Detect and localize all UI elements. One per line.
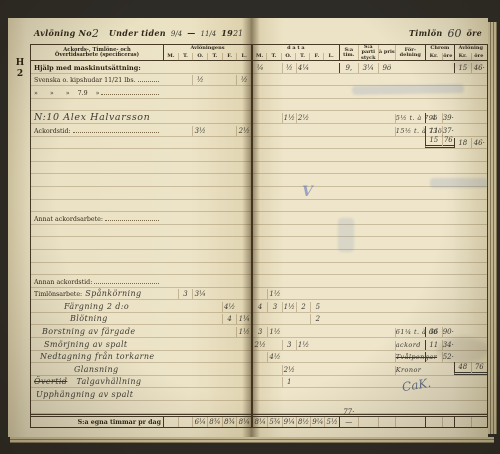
table-footer: 8¼5¾9¼8½9¼5½77·— [253,414,487,427]
day-col-header: O. [192,53,207,61]
ledger-cell: 15½ t. à 73ö [395,127,425,136]
table-row: 2 [253,313,487,326]
table-row: 431½25 [253,300,487,313]
row-label-cell [31,147,163,148]
row-label-cell: Hjälp med maskinutsättning: [31,64,163,73]
row-label-cell [31,235,163,236]
group-header-avloningens: Avlöningens [164,45,251,53]
ledger-cell [425,417,442,427]
dotted-leader [94,282,159,284]
ledger-cell: 9ö [378,63,395,73]
ledger-cell: 18 [454,138,471,148]
avloning-number: 2 [92,30,99,38]
table-row: 1½2½5½ t. à 79ö439· [253,111,487,124]
col-header-parti: S:a parti styck [358,45,378,61]
table-row: Svenska o. kipshudar 11/21 lbs.½½ [31,74,251,87]
ledger-cell: 90· [442,327,454,337]
row-label-cell: Timlönsarbete:Spånkörning [31,289,163,299]
dotted-leader [73,131,159,133]
row-label-cell [31,172,163,173]
row-label-cell [31,412,163,413]
ledger-cell [442,417,454,427]
group-header-data: d a t a [253,45,339,53]
ore-label: öre [466,28,482,38]
ledger-cell: 9, [339,63,358,73]
table-row: 31½61¼ t. à 603690· [253,325,487,338]
ledger-cell [358,417,378,427]
ledger-cell: 1½ [282,113,296,123]
table-row [31,200,251,213]
ledger-cell: 3¼ [358,63,378,73]
ledger-cell: 1 [282,377,296,387]
ledger-cell: 76 [471,362,487,375]
day-col-header: F. [222,53,237,61]
ledger-cell: 15 [425,135,442,148]
ledger-cell: 2 [296,302,310,312]
table-row [31,99,251,112]
table-footer: S:a egna timmar pr dag6¼8¾8¾8¼ [31,414,251,427]
row-label-cell: » » » 7.9 » [31,90,163,98]
money-group-title: Avlöning [455,45,487,53]
table-row: N:10 Alex Halvarsson [31,111,251,124]
day-col-header: F. [309,53,323,61]
ledger-book-photo: Avlöning No 2 Under tiden 9/4 — 11/4 19 … [0,0,500,454]
table-row: Smörjning av spalt [31,338,251,351]
col-header-satim: S:a tim. [339,45,358,61]
table-row [253,225,487,238]
table-row [31,149,251,162]
blue-check-mark: V [302,184,313,200]
row-label-cell [31,248,163,249]
row-label: Borstning av färgade [42,327,136,336]
table-row [253,250,487,263]
ledger-cell: 4 [222,314,237,324]
table-row [31,162,251,175]
row-label-cell: Annan ackordstid: [31,279,163,287]
pencil-smudge [437,337,489,363]
day-group: d a t aM.T.O.T.F.L. [253,45,339,61]
date-to: 11/4 [201,30,217,38]
day-col-header: T. [207,53,222,61]
ledger-cell: 2½ [282,365,296,375]
row-label-cell: Glansning [31,365,163,375]
table-row: ÖvertidTalgavhällning [31,376,251,389]
table-row: Hjälp med maskinutsättning: [31,61,251,74]
row-label: Upphängning av spalt [36,390,133,399]
row-label: Annan ackordstid: [34,279,92,286]
ledger-cell: 77·— [339,417,358,427]
ledger-cell: 3 [178,289,193,299]
ledger-cell: 3 [282,340,296,350]
ledger-cell: Tvålpengar [395,353,425,362]
date-dash: — [187,28,195,38]
right-ledger-table: d a t aM.T.O.T.F.L.S:a tim.S:a parti sty… [252,44,488,428]
table-row [31,225,251,238]
timlon-label: Timlön [409,28,442,38]
row-label-cell: Nedtagning från torkarne [31,352,163,362]
table-row [253,187,487,200]
table-row [31,250,251,263]
table-row [253,149,487,162]
year-handwritten: 21 [233,29,243,38]
ledger-cell: 2½ [253,340,267,350]
ledger-cell [378,417,395,427]
ledger-cell: 8¼ [236,417,251,427]
table-row: Färgning 2 d:o4½ [31,300,251,313]
day-header-row: M.T.O.T.F.L. [253,53,339,61]
row-label-cell [31,160,163,161]
ledger-cell: 36 [425,327,442,337]
table-row: Annat ackordsarbete: [31,212,251,225]
dotted-leader [138,80,159,82]
table-row: Nedtagning från torkarne [31,351,251,364]
ledger-cell: 4½ [222,302,237,312]
ledger-cell: 1½ [282,302,296,312]
day-col-header: M. [164,53,178,61]
ledger-cell: 2½ [236,126,251,136]
table-row [31,174,251,187]
ledger-cell: 1½ [296,340,310,350]
row-label-cell [31,185,163,186]
ledger-cell [178,417,193,427]
day-col-header: T. [295,53,309,61]
calc-note: Kronor [396,366,421,375]
ledger-cell [395,417,425,427]
row-label: Nedtagning från torkarne [40,352,155,361]
ledger-cell: 61¼ t. à 60 [395,328,425,337]
worker-name: N:10 Alex Halvarsson [34,113,150,122]
col-header-fordelning: För- delning [395,45,425,61]
ledger-cell: 4¼ [296,63,310,73]
footer-label: S:a egna timmar pr dag [31,417,163,427]
day-col-header: M. [253,53,266,61]
chrom-group: ChromKr.öre [425,45,454,61]
row-label-cell: N:10 Alex Halvarsson [31,113,163,123]
ledger-cell: 76 [442,135,454,148]
ledger-cell: 5 [310,302,324,312]
row-label-cell: Upphängning av spalt [31,390,163,400]
row-label: » » » 7.9 » [34,90,99,97]
ore-header: öre [442,53,453,61]
table-row [253,162,487,175]
table-row: 1½ [253,288,487,301]
table-row [253,388,487,401]
table-row [253,401,487,414]
ledger-cell: 1½ [236,327,251,337]
row-label: Hjälp med maskinutsättning: [34,64,141,72]
column-header-work: Ackords-, Timlöne- ochÖvertidsarbete (sp… [31,45,163,61]
table-row [31,237,251,250]
day-col-header: L. [236,53,251,61]
ledger-cell: 2 [310,314,324,324]
ledger-cell: 3½ [192,126,207,136]
table-row [31,263,251,276]
table-row [253,263,487,276]
row-label-cell [31,273,163,274]
ledger-cell: 3¼ [192,289,207,299]
right-page-header: Timlön 60 öre [409,22,482,38]
ledger-cell: 2½ [296,113,310,123]
margin-mark: H 2 [14,58,26,80]
ledger-cell: 4½ [267,352,281,362]
ledger-cell: 1¼ [236,314,251,324]
ledger-cell [163,417,178,427]
day-group: AvlöningensM.T.O.T.F.L. [163,45,251,61]
row-label-cell [31,109,163,110]
row-label-cell: ÖvertidTalgavhällning [31,377,163,387]
table-row: Ackordstid:3½2½ [31,124,251,137]
ledger-cell: 5½ t. à 79ö [395,114,425,123]
row-label-cell [31,198,163,199]
ledger-cell: 37· [442,126,454,136]
row-label: Glansning [74,365,119,374]
table-row [253,237,487,250]
table-row: 2½Kronor4876 [253,363,487,376]
table-header: d a t aM.T.O.T.F.L.S:a tim.S:a parti sty… [253,45,487,61]
ledger-cell: 39· [442,113,454,123]
date-from: 9/4 [171,30,182,38]
table-row: 1 [253,376,487,389]
page-stack-edge [488,22,497,434]
day-col-header: T. [266,53,280,61]
kr-header: Kr. [426,53,442,61]
money-group-title: Chrom [426,45,454,53]
calc-note: ackord [396,341,421,350]
row-label: Svenska o. kipshudar 11/21 lbs. [34,77,136,84]
ledger-cell: 8½ [296,417,310,427]
row-label: Smörjning av spalt [44,340,128,349]
row-label-cell: Svenska o. kipshudar 11/21 lbs. [31,77,163,85]
ledger-cell: 5½ [324,417,338,427]
blue-ink-smudge [430,178,488,188]
table-row [31,401,251,414]
ledger-cell: 4 [253,302,267,312]
left-ledger-table: Ackords-, Timlöne- ochÖvertidsarbete (sp… [30,44,252,428]
blue-ink-smudge [338,218,354,252]
ledger-cell: 3 [253,327,267,337]
table-row: Glansning [31,363,251,376]
footer-label-text: S:a egna timmar pr dag [78,419,161,426]
ledger-cell: ½ [192,75,207,85]
ledger-cell: Kronor [395,366,425,375]
row-label-cell: Borstning av färgade [31,327,163,337]
ledger-cell: 1½ [267,327,281,337]
task-name: Spånkörning [85,289,141,298]
avloning-label: Avlöning No [34,28,92,38]
table-row [253,99,487,112]
day-col-header: L. [323,53,337,61]
margin-mark-letter: H [14,58,26,69]
ledger-cell: ¼ [253,63,267,73]
row-label: Färgning 2 d:o [64,302,129,311]
kr-ore-row: Kr.öre [426,53,454,61]
row-label-cell [31,261,163,262]
struck-word: Övertid [34,377,67,386]
header-line: Övertidsarbete (specificeras) [55,53,139,58]
row-label-cell [31,210,163,211]
day-col-header: O. [281,53,295,61]
left-page-header: Avlöning No 2 Under tiden 9/4 — 11/4 19 … [34,22,243,38]
ledger-cell: 3 [267,302,281,312]
row-label-cell: Färgning 2 d:o [31,302,163,312]
ledger-cell [471,417,487,427]
day-col-header: T. [178,53,193,61]
row-label: Talgavhällning [76,377,141,386]
table-header: Ackords-, Timlöne- ochÖvertidsarbete (sp… [31,45,251,61]
table-row [253,212,487,225]
ledger-cell: ackord [395,341,425,350]
col-header-apris: à pris [378,45,395,61]
ledger-cell: 8¾ [222,417,237,427]
under-tiden-label: Under tiden [109,28,166,38]
margin-mark-number: 2 [14,69,26,80]
ledger-cell: 4 [425,113,442,123]
ledger-cell: 9¼ [282,417,296,427]
ledger-cell: 8¾ [207,417,222,427]
dotted-leader [105,219,159,221]
year-printed: 19 [221,28,233,38]
row-label: Blötning [70,314,108,323]
row-label: Ackordstid: [34,128,71,135]
page-stack-edge [10,437,494,443]
timlon-value: 60 [447,30,461,38]
ledger-cell: ½ [282,63,296,73]
table-row: Annan ackordstid: [31,275,251,288]
row-label-cell: Ackordstid: [31,128,163,136]
pencil-smudge [452,58,482,70]
row-label-cell: Annat ackordsarbete: [31,216,163,224]
day-header-row: M.T.O.T.F.L. [164,53,251,61]
table-row: 15761846· [253,137,487,150]
table-row: Borstning av färgade1½ [31,325,251,338]
ledger-cell: 6¼ [192,417,207,427]
dotted-leader [101,93,159,95]
ledger-cell: 46· [471,138,487,148]
table-row [31,137,251,150]
table-row [253,275,487,288]
ledger-cell: 5¾ [267,417,281,427]
row-label: Timlönsarbete: [34,291,82,298]
row-label: Annat ackordsarbete: [34,216,103,223]
row-label-cell: Smörjning av spalt [31,340,163,350]
ledger-cell [454,417,471,427]
table-row [253,200,487,213]
table-row: Upphängning av spalt [31,388,251,401]
row-label-cell: Blötning [31,314,163,324]
ledger-cell: ½ [236,75,251,85]
table-row: » » » 7.9 » [31,86,251,99]
ledger-cell: 8¼ [253,417,267,427]
ledger-cell: 9¼ [310,417,324,427]
table-row: Blötning41¼ [31,313,251,326]
ledger-cell: 48 [454,362,471,375]
ledger-cell: 1½ [267,289,281,299]
table-row [31,187,251,200]
ledger-cell: 11 [425,126,442,136]
table-row: Timlönsarbete:Spånkörning33¼ [31,288,251,301]
